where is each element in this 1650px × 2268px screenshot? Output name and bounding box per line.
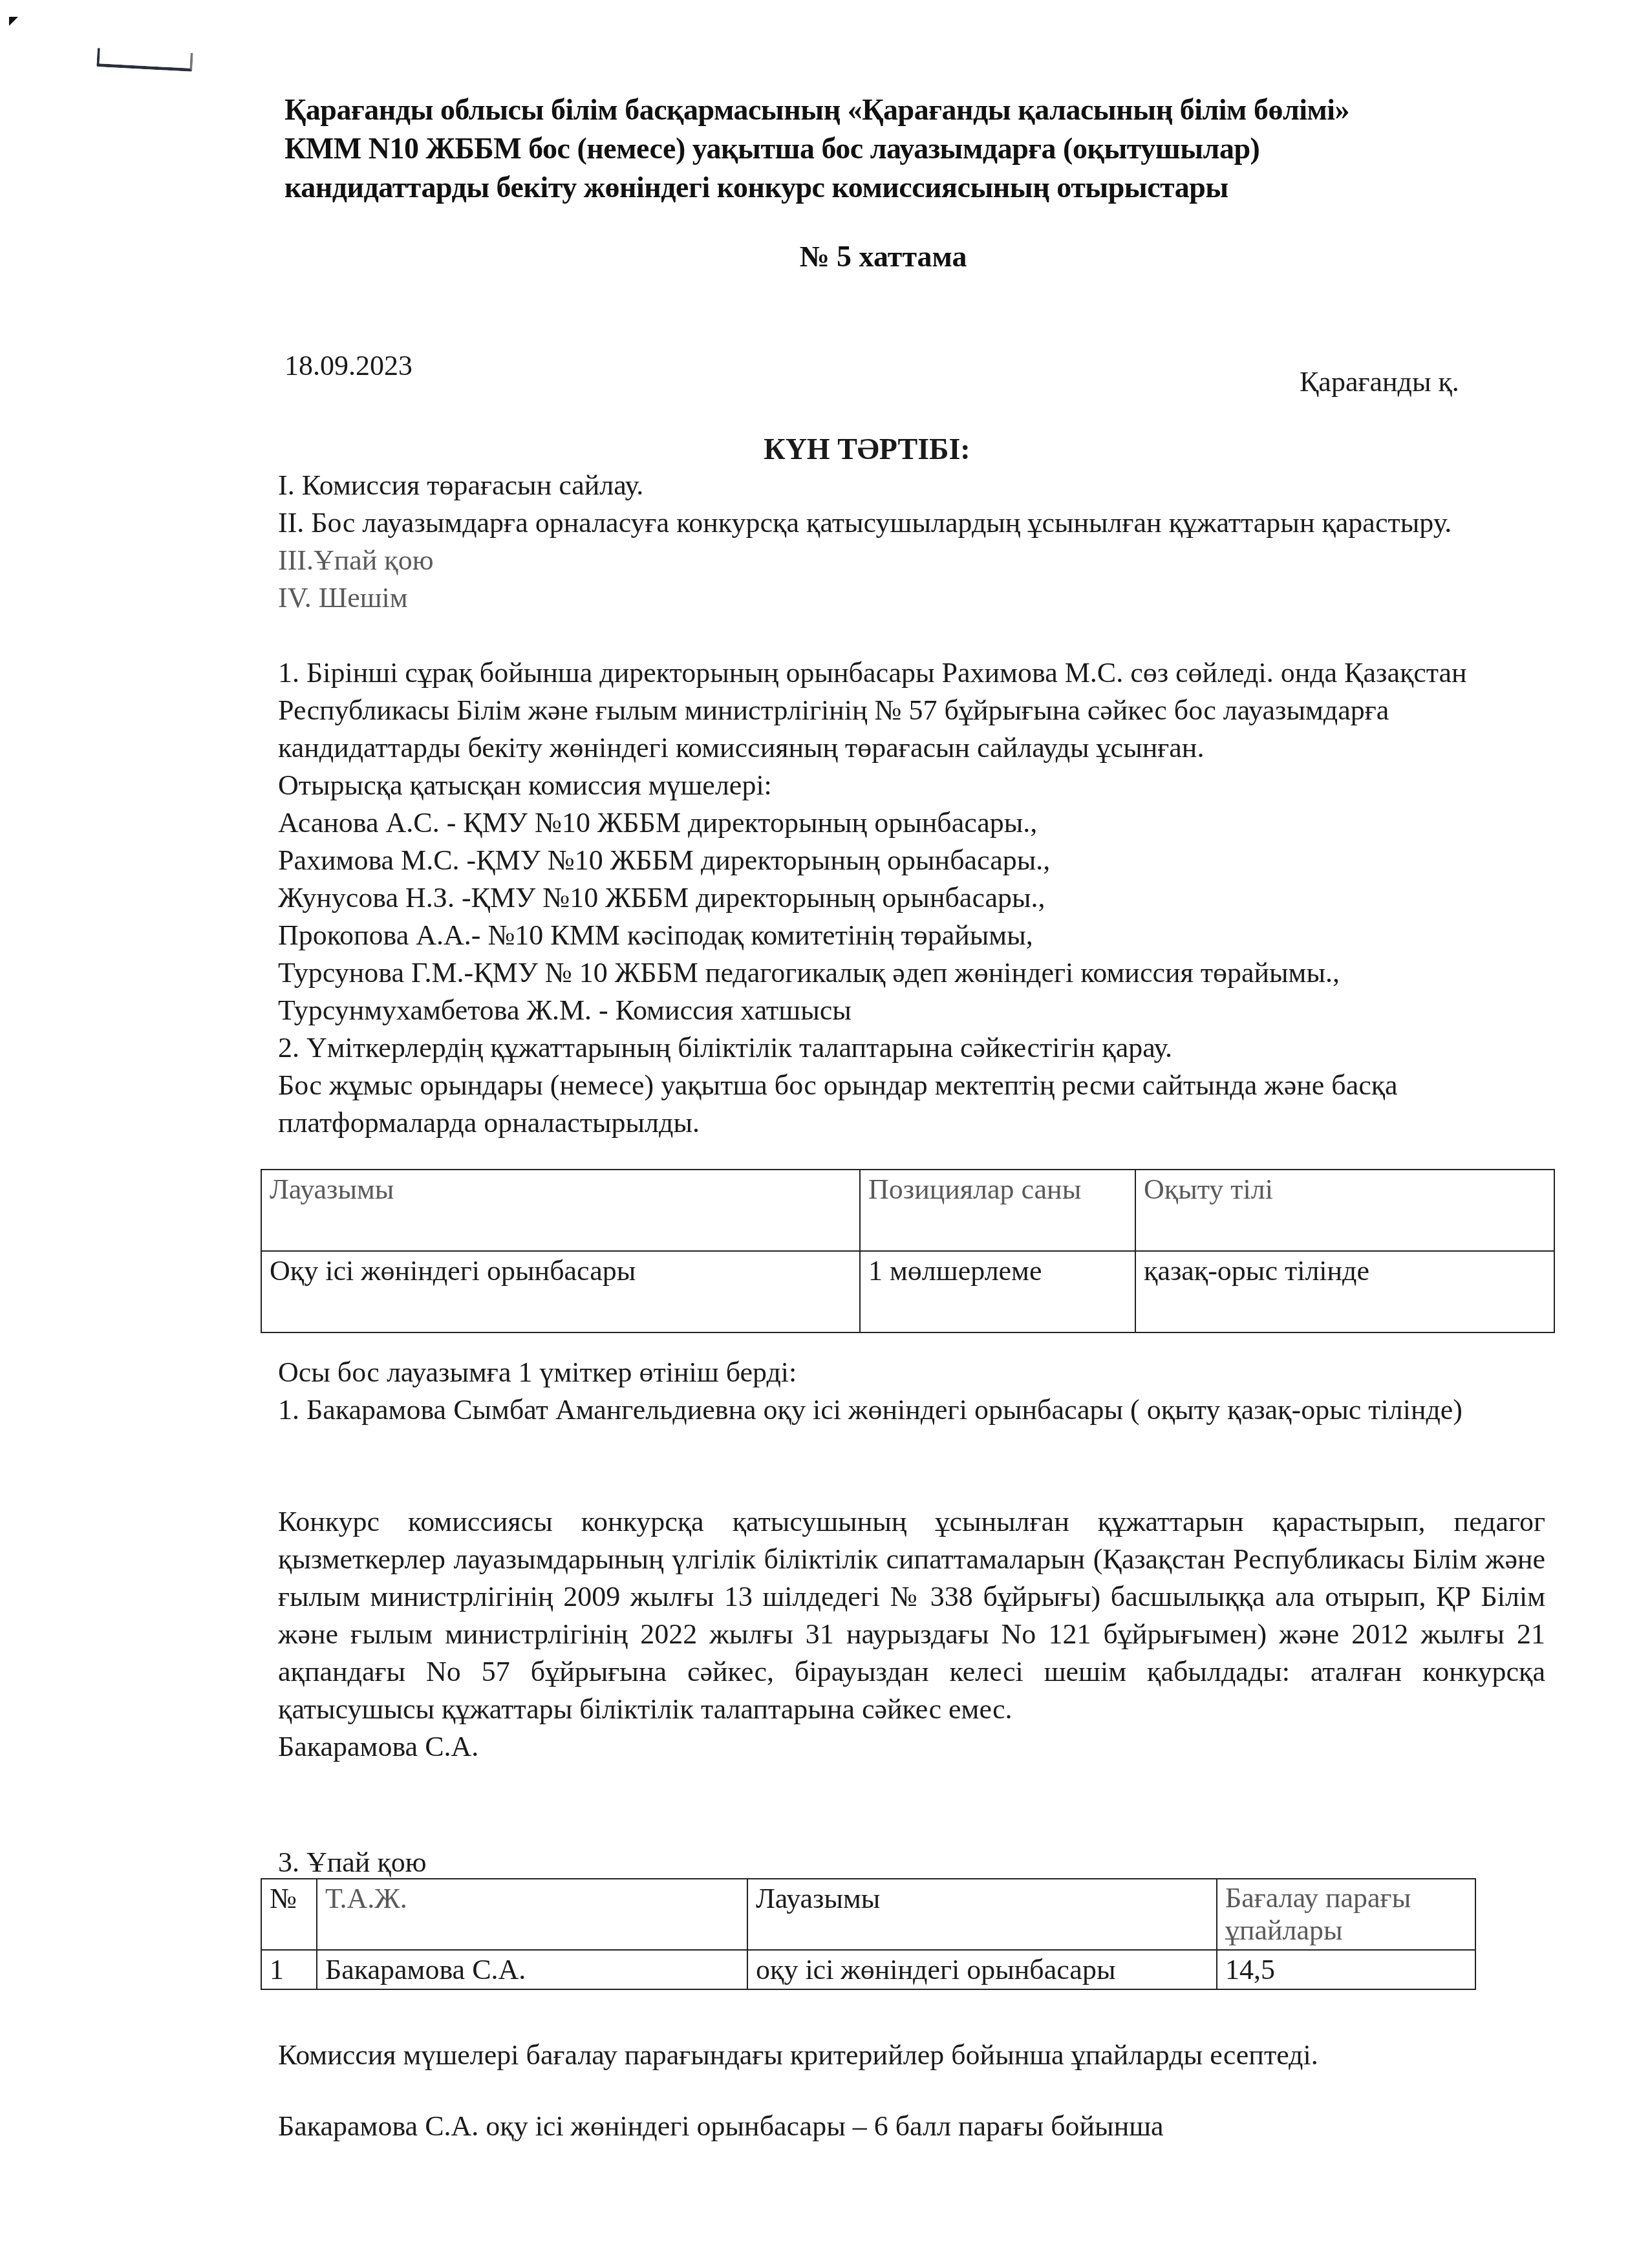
agenda-item: II. Бос лауазымдарға орналасуға конкурсқ… xyxy=(278,504,1565,542)
agenda-item: III.Ұпай қою xyxy=(278,542,1565,579)
header-cell: Бағалау парағы ұпайлары xyxy=(1217,1879,1475,1950)
section-2-text: Бос жұмыс орындары (немесе) уақытша бос … xyxy=(278,1067,1565,1142)
applicants-intro: Осы бос лауазымға 1 үміткер өтініш берді… xyxy=(278,1354,1565,1391)
applicants-section: Осы бос лауазымға 1 үміткер өтініш берді… xyxy=(278,1354,1565,1429)
member-item: Жунусова Н.З. -ҚМУ №10 ЖББМ директорының… xyxy=(278,879,1565,917)
table-cell: оқу ісі жөніндегі орынбасары xyxy=(747,1950,1217,1989)
header-cell: Лауазымы xyxy=(261,1170,860,1251)
member-item: Турсунова Г.М.-ҚМУ № 10 ЖББМ педагогикал… xyxy=(278,954,1565,992)
title-line: кандидаттарды бекіту жөніндегі конкурс к… xyxy=(284,168,1513,207)
document-title: Қарағанды облысы білім басқармасының «Қа… xyxy=(284,91,1513,207)
table-cell: 1 xyxy=(261,1950,317,1989)
table-row: Оқу ісі жөніндегі орынбасары 1 мөлшерлем… xyxy=(261,1251,1554,1332)
decision-name: Бакарамова С.А. xyxy=(278,1728,1545,1766)
staple-mark xyxy=(96,48,193,72)
header-cell: Т.А.Ж. xyxy=(317,1879,747,1950)
title-line: Қарағанды облысы білім басқармасының «Қа… xyxy=(284,91,1513,129)
header-cell: Лауазымы xyxy=(747,1879,1217,1950)
members-title: Отырысқа қатысқан комиссия мүшелері: xyxy=(278,767,1565,804)
table-header-row: № Т.А.Ж. Лауазымы Бағалау парағы ұпайлар… xyxy=(261,1879,1475,1950)
scan-corner-mark xyxy=(9,17,18,26)
table-header-row: Лауазымы Позициялар саны Оқыту тілі xyxy=(261,1170,1554,1251)
score-table: № Т.А.Ж. Лауазымы Бағалау парағы ұпайлар… xyxy=(261,1878,1476,1990)
header-cell: Позициялар саны xyxy=(860,1170,1135,1251)
table-cell: Оқу ісі жөніндегі орынбасары xyxy=(261,1251,860,1332)
applicant-item: 1. Бакарамова Сымбат Амангельдиевна оқу … xyxy=(278,1391,1565,1429)
table-cell: 14,5 xyxy=(1217,1950,1475,1989)
agenda-item: I. Комиссия төрағасын сайлау. xyxy=(278,467,1565,504)
table-cell: қазақ-орыс тілінде xyxy=(1135,1251,1554,1332)
decision-section: Конкурс комиссиясы конкурсқа қатысушының… xyxy=(278,1503,1545,1766)
agenda-list: I. Комиссия төрағасын сайлау. II. Бос ла… xyxy=(278,467,1565,617)
title-line: КММ N10 ЖББМ бос (немесе) уақытша бос ла… xyxy=(284,129,1513,168)
section-2-heading: 2. Үміткерлердің құжаттарының біліктілік… xyxy=(278,1029,1565,1067)
protocol-number: № 5 хаттама xyxy=(0,239,1650,273)
member-item: Рахимова М.С. -ҚМУ №10 ЖББМ директорының… xyxy=(278,842,1565,879)
agenda-item: IV. Шешім xyxy=(278,579,1565,617)
table-cell: Бакарамова С.А. xyxy=(317,1950,747,1989)
vacancy-table: Лауазымы Позициялар саны Оқыту тілі Оқу … xyxy=(261,1169,1555,1333)
agenda-title: КҮН ТӘРТІБІ: xyxy=(0,432,1650,466)
table-cell: 1 мөлшерлеме xyxy=(860,1251,1135,1332)
member-item: Прокопова А.А.- №10 КММ кәсіподақ комите… xyxy=(278,917,1565,954)
decision-text: Конкурс комиссиясы конкурсқа қатысушының… xyxy=(278,1503,1545,1728)
header-cell: № xyxy=(261,1879,317,1950)
score-note: Комиссия мүшелері бағалау парағындағы кр… xyxy=(278,2037,1565,2074)
document-city: Қарағанды қ. xyxy=(1300,365,1459,398)
section-1: 1. Бірінші сұрақ бойынша директорының ор… xyxy=(278,654,1565,1142)
header-cell: Оқыту тілі xyxy=(1135,1170,1554,1251)
member-item: Турсунмухамбетова Ж.М. - Комиссия хатшыс… xyxy=(278,992,1565,1029)
document-date: 18.09.2023 xyxy=(284,349,412,382)
section-1-text: 1. Бірінші сұрақ бойынша директорының ор… xyxy=(278,654,1565,767)
section-3-heading: 3. Ұпай қою xyxy=(278,1844,1565,1881)
score-result: Бакарамова С.А. оқу ісі жөніндегі орынба… xyxy=(278,2108,1565,2145)
member-item: Асанова А.С. - ҚМУ №10 ЖББМ директорының… xyxy=(278,804,1565,842)
table-row: 1 Бакарамова С.А. оқу ісі жөніндегі орын… xyxy=(261,1950,1475,1989)
